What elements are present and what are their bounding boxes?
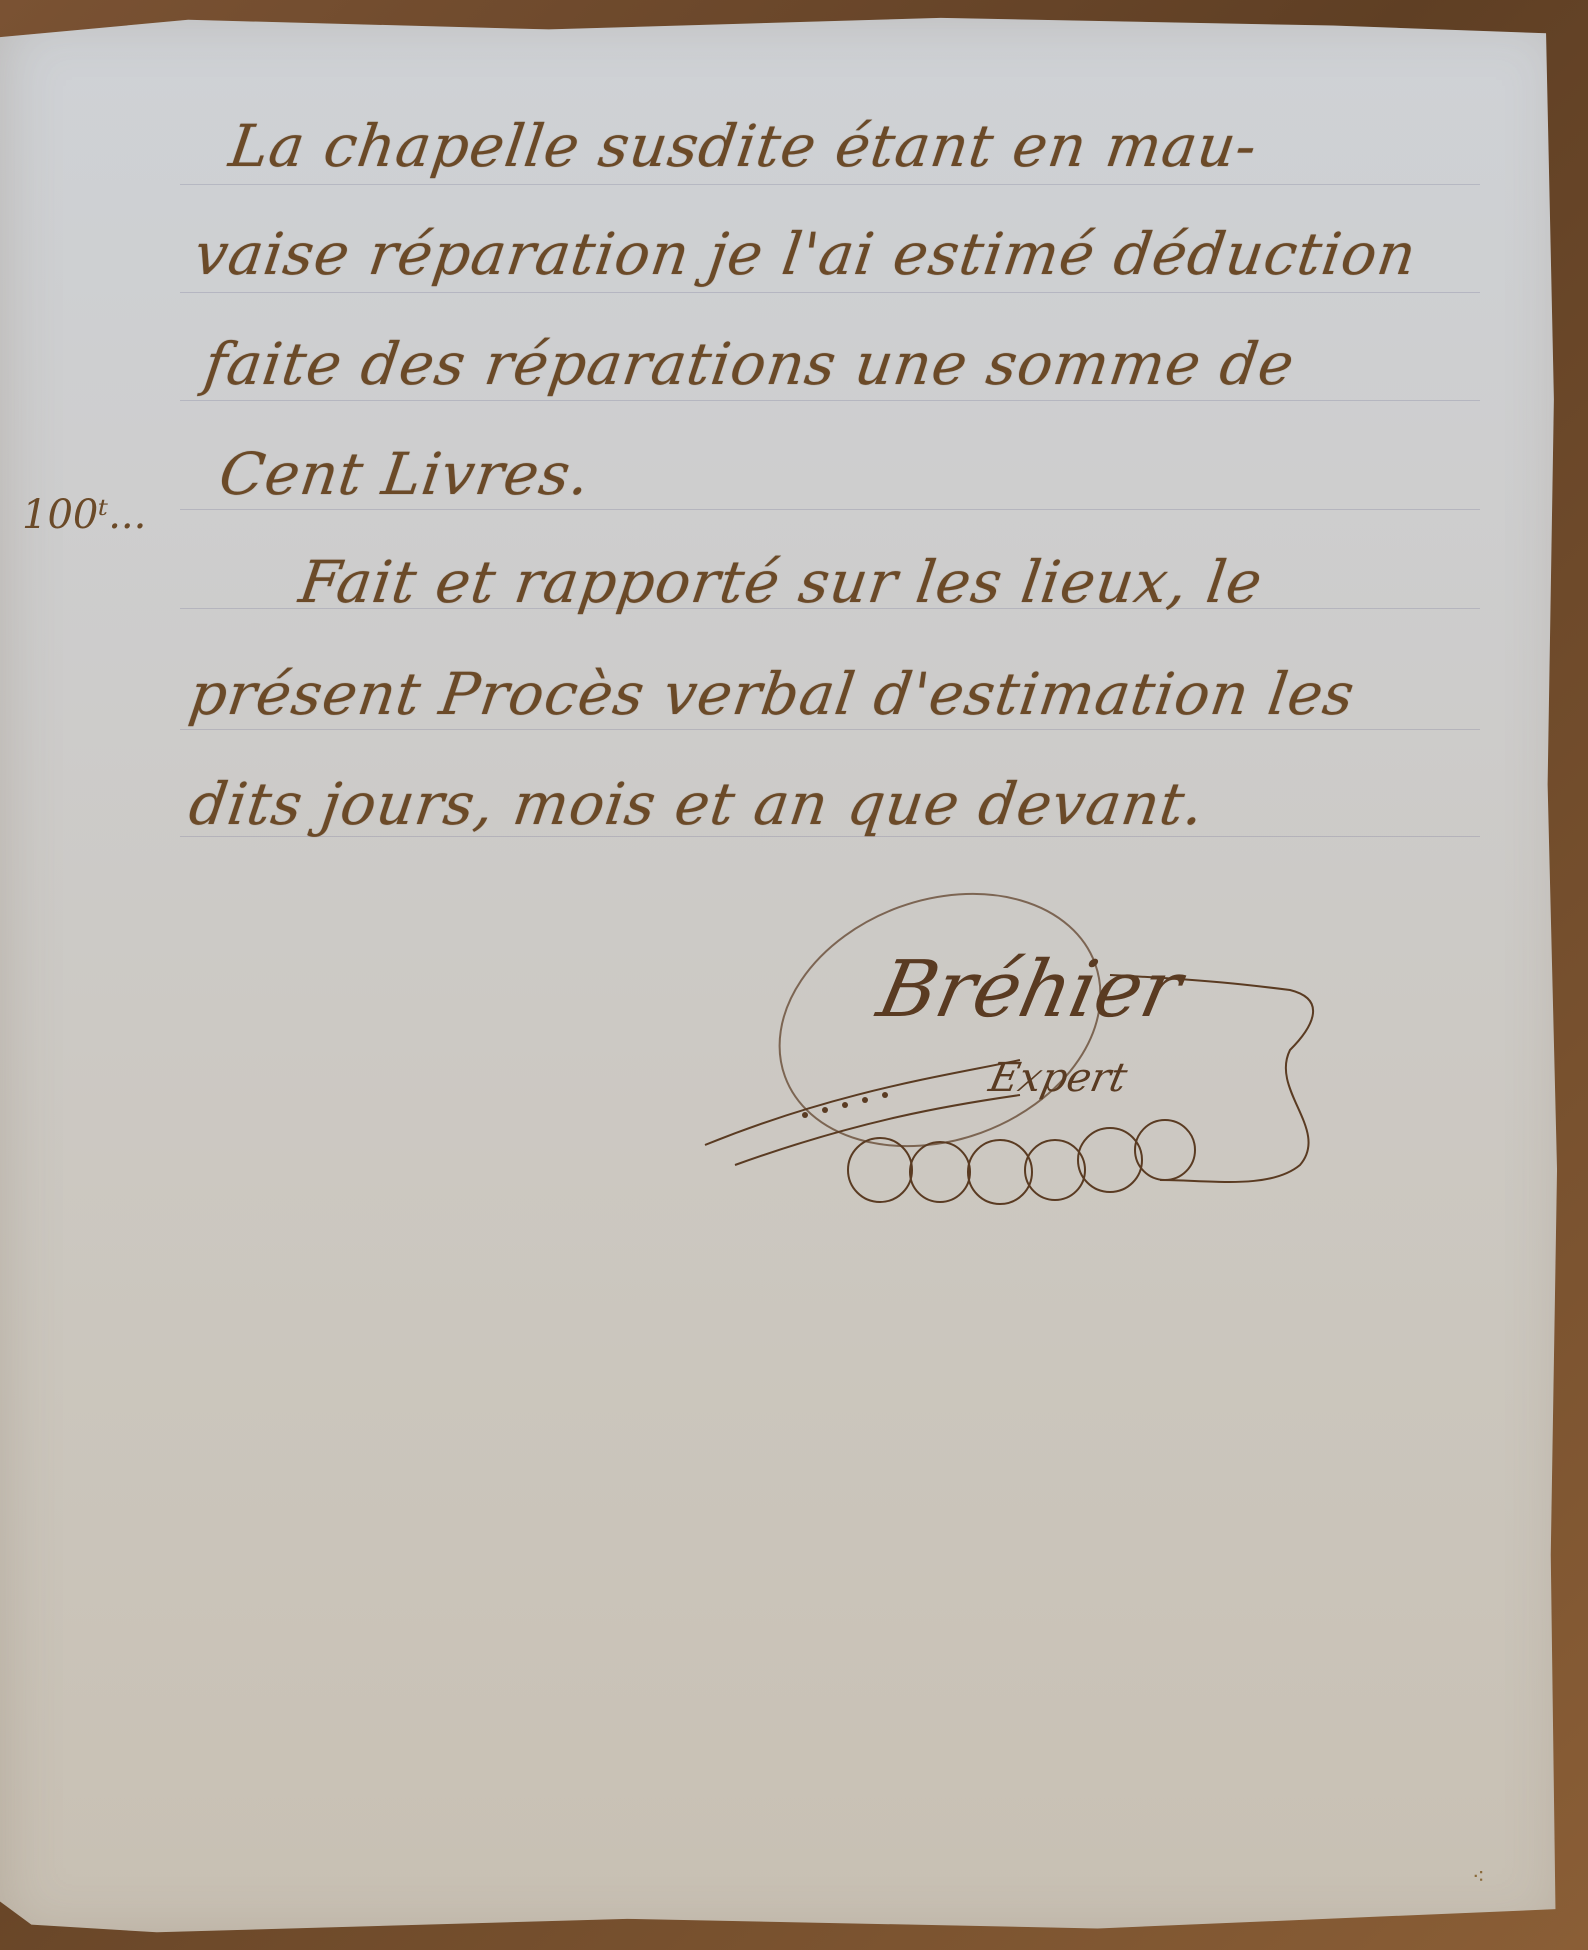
ruled-line xyxy=(180,509,1480,510)
ruled-line xyxy=(180,184,1480,185)
ruled-line xyxy=(180,729,1480,730)
text-line-5: Fait et rapporté sur les lieux, le xyxy=(295,548,1267,616)
text-line-2: vaise réparation je l'ai estimé déductio… xyxy=(190,220,1421,288)
margin-amount-note: 100ᵗ... xyxy=(22,492,146,538)
ruled-line xyxy=(180,292,1480,293)
signature-name: Bréhier xyxy=(870,945,1189,1035)
signature-block: Bréhier Expert xyxy=(690,890,1370,1210)
text-line-3: faite des réparations une somme de xyxy=(200,330,1299,398)
ink-stain-mark: ⁖ xyxy=(1472,1865,1500,1893)
ruled-line xyxy=(180,400,1480,401)
signature-title: Expert xyxy=(985,1055,1131,1101)
text-line-1: La chapelle susdite étant en mau- xyxy=(225,112,1261,180)
text-line-4: Cent Livres. xyxy=(215,440,594,508)
text-line-7: dits jours, mois et an que devant. xyxy=(185,770,1209,838)
signature-flourish-icon xyxy=(690,890,1370,1210)
text-line-6: présent Procès verbal d'estimation les xyxy=(185,660,1359,728)
